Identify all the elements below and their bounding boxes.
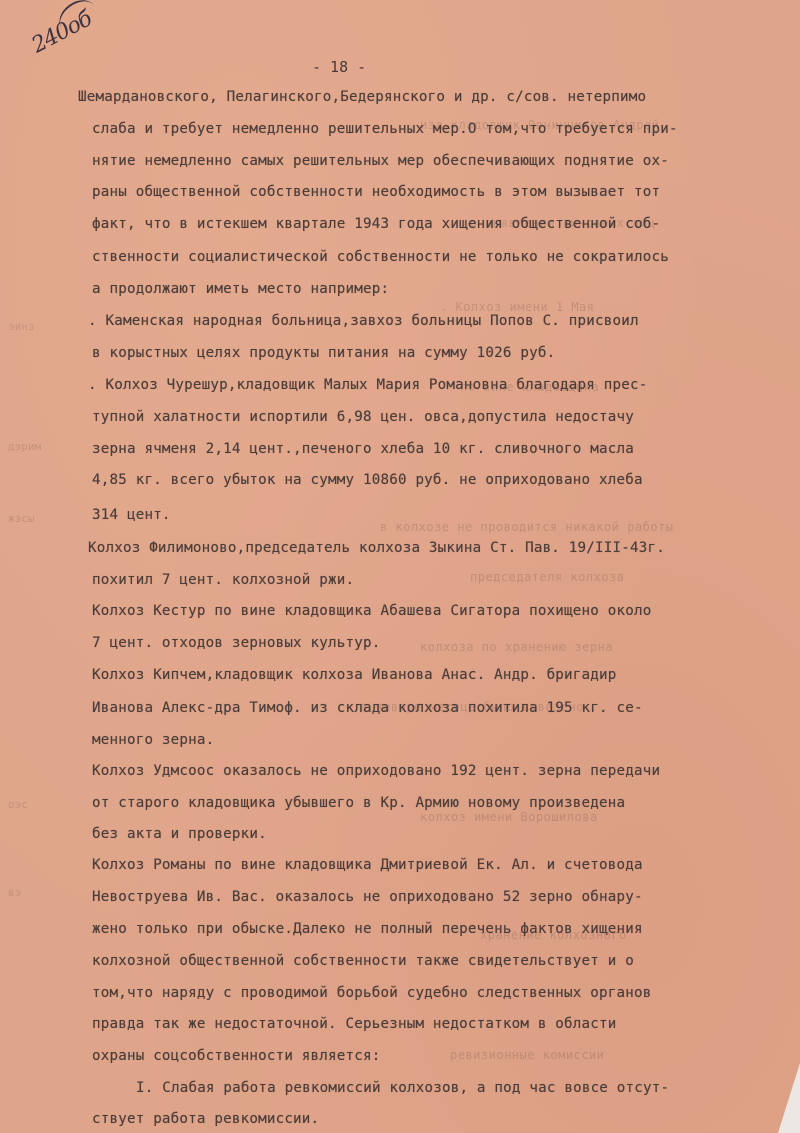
text-line: менного зерна. bbox=[92, 732, 214, 748]
text-line: I. Слабая работа ревкомиссий колхозов, а… bbox=[136, 1080, 669, 1096]
text-line: том,что наряду с проводимой борьбой суде… bbox=[92, 985, 651, 1001]
text-line: жено только при обыске.Далеко не полный … bbox=[92, 921, 643, 937]
text-line: 314 цент. bbox=[92, 507, 171, 523]
text-line: раны общественной собственности необходи… bbox=[92, 184, 660, 200]
text-line: Колхоз Удмсоос оказалось не оприходовано… bbox=[92, 763, 660, 779]
torn-corner bbox=[778, 1063, 800, 1133]
text-line: а продолжают иметь место например: bbox=[92, 281, 389, 297]
text-line: . Колхоз Чурешур,кладовщик Малых Мария Р… bbox=[88, 377, 647, 393]
text-line: ствует работа ревкомиссии. bbox=[92, 1111, 319, 1127]
text-line: Иванова Алекс-дра Тимоф. из склада колхо… bbox=[92, 700, 643, 716]
text-line: Колхоз Филимоново,председатель колхоза З… bbox=[88, 540, 665, 556]
text-line: нятие немедленно самых решительных мер о… bbox=[92, 153, 669, 169]
text-line: 7 цент. отходов зерновых культур. bbox=[92, 635, 380, 651]
text-line: охраны соцсобственности является: bbox=[92, 1048, 380, 1064]
text-line: от старого кладовщика убывшего в Кр. Арм… bbox=[92, 795, 625, 811]
text-line: Колхоз Романы по вине кладовщика Дмитрие… bbox=[92, 857, 643, 873]
text-line: правда так же недостаточной. Серьезным н… bbox=[92, 1016, 617, 1032]
text-line: без акта и проверки. bbox=[92, 826, 267, 842]
text-line: Колхоз Кипчем,кладовщик колхоза Иванова … bbox=[92, 667, 617, 683]
text-line: ственности социалистической собственност… bbox=[92, 249, 669, 265]
text-line: слаба и требует немедленно решительных м… bbox=[92, 121, 678, 137]
page-number: - 18 - bbox=[312, 58, 366, 76]
document-page: 240об - 18 - иза,кладовщик Овчинников Ан… bbox=[0, 0, 800, 1133]
text-line: . Каменская народная больница,завхоз бол… bbox=[88, 313, 639, 329]
text-line: похитил 7 цент. колхозной ржи. bbox=[92, 572, 354, 588]
text-line: Колхоз Кестур по вине кладовщика Абашева… bbox=[92, 603, 651, 619]
text-line: факт, что в истекшем квартале 1943 года … bbox=[92, 216, 660, 232]
text-line: Шемардановского, Пелагинского,Бедерянско… bbox=[78, 89, 646, 105]
text-line: зерна ячменя 2,14 цент.,печеного хлеба 1… bbox=[92, 441, 634, 457]
text-line: Невоструева Ив. Вас. оказалось не оприхо… bbox=[92, 889, 643, 905]
text-line: в корыстных целях продукты питания на су… bbox=[92, 345, 555, 361]
text-line: колхозной общественной собственности так… bbox=[92, 953, 634, 969]
text-line: тупной халатности испортили 6,98 цен. ов… bbox=[92, 409, 634, 425]
text-line: 4,85 кг. всего убыток на сумму 10860 руб… bbox=[92, 472, 643, 488]
